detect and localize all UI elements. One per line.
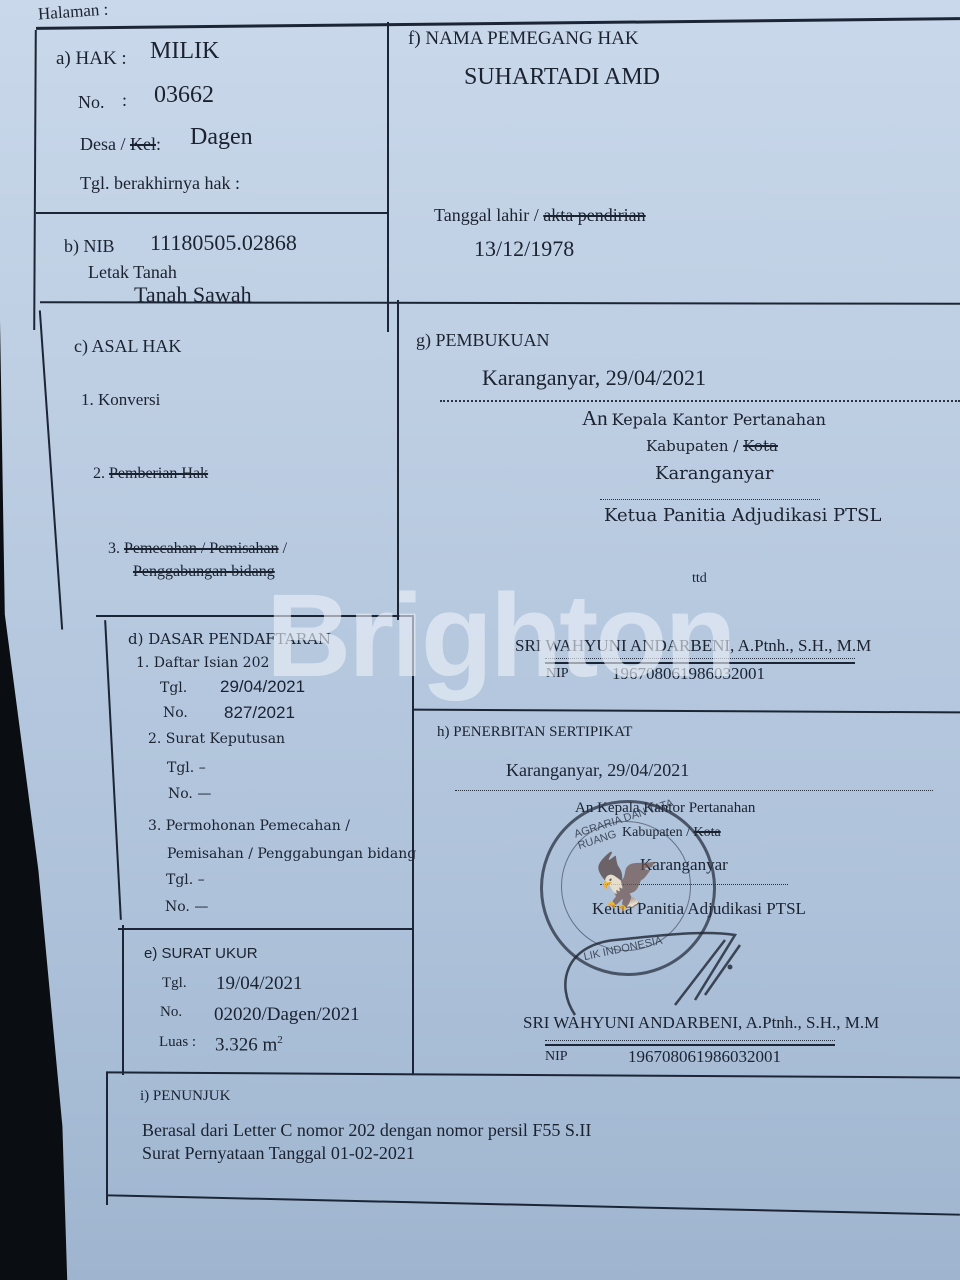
daftar-isian-label: 1. Daftar Isian 202	[136, 655, 269, 671]
desa-label: Desa / Kel:	[80, 134, 161, 155]
hak-number: 03662	[154, 82, 214, 109]
an-prefix: An	[582, 406, 608, 430]
penerbitan-signer-rule	[545, 1044, 835, 1046]
left-border-mid	[39, 310, 63, 629]
pembukuan-signer: SRI WAHYUNI ANDARBENI, A.Ptnh., S.H., M.…	[515, 636, 871, 656]
luas-label: Luas :	[159, 1034, 196, 1051]
dasar-pendaftaran-title: d) DASAR PENDAFTARAN	[128, 630, 331, 648]
asal-hak-item-3: 3. Pemecahan / Pemisahan /	[108, 540, 287, 558]
penerbitan-nip-value: 196708061986032001	[628, 1047, 781, 1067]
divider-d-e	[118, 928, 414, 930]
land-certificate-form: Halaman : a) HAK : MILIK No. : 03662 Des…	[0, 0, 960, 1280]
nama-pemegang-title: f) NAMA PEMEGANG HAK	[408, 28, 639, 50]
permohonan-label-2: Pemisahan / Penggabungan bidang	[167, 846, 416, 862]
surat-ukur-title: e) SURAT UKUR	[144, 945, 258, 962]
kota-struck: Kota	[743, 437, 778, 455]
no-label: No.	[78, 92, 105, 113]
asal-hak-item-3-cont: Penggabungan bidang	[133, 563, 275, 581]
akta-pendirian-struck: akta pendirian	[543, 205, 645, 225]
item-number: 3.	[108, 540, 120, 557]
pembukuan-ttd: ttd	[692, 571, 707, 587]
daftar-isian-tgl-value: 29/04/2021	[220, 677, 305, 697]
surat-ukur-no-label: No.	[160, 1004, 182, 1021]
item-suffix: /	[279, 540, 287, 557]
tgl-value: –	[199, 760, 206, 776]
divider-c-d	[96, 615, 412, 617]
pembukuan-title: g) PEMBUKUAN	[416, 330, 550, 351]
item-number: 1.	[81, 390, 94, 409]
divider-e-i	[106, 1071, 960, 1078]
desa-separator: :	[156, 134, 161, 154]
penunjuk-line-2: Surat Pernyataan Tanggal 01-02-2021	[142, 1143, 415, 1164]
pembukuan-place-date: Karanganyar, 29/04/2021	[482, 365, 706, 391]
item-text-struck: Pemberian Hak	[109, 465, 208, 482]
kabupaten-text: Kabupaten /	[646, 437, 738, 455]
hak-label: a) HAK :	[56, 48, 127, 70]
letak-tanah-label: Letak Tanah	[88, 262, 177, 283]
asal-hak-item-1: 1. Konversi	[81, 390, 160, 410]
pembukuan-office-line2: Kabupaten / Kota	[646, 437, 778, 455]
left-border-d	[104, 620, 122, 920]
bottom-border	[106, 1194, 960, 1215]
handwritten-signature-icon	[555, 905, 765, 1025]
surat-ukur-tgl-label: Tgl.	[162, 975, 187, 992]
no-label: No.	[165, 899, 190, 915]
pembukuan-role: Ketua Panitia Adjudikasi PTSL	[604, 505, 881, 526]
daftar-isian-no-value: 827/2021	[224, 703, 295, 723]
penerbitan-place-date: Karanganyar, 29/04/2021	[506, 760, 689, 781]
daftar-isian-no-label: No.	[163, 705, 188, 721]
surat-ukur-no-value: 02020/Dagen/2021	[214, 1004, 360, 1026]
nama-pemegang-value: SUHARTADI AMD	[464, 64, 660, 91]
asal-hak-item-2: 2. Pemberian Hak	[93, 465, 208, 483]
pembukuan-nip-label: NIP	[546, 666, 569, 682]
kel-struck-text: Kel	[130, 134, 156, 154]
left-border-top	[33, 30, 37, 330]
surat-ukur-tgl-value: 19/04/2021	[216, 973, 303, 995]
pembukuan-signer-underline	[545, 658, 855, 659]
permohonan-tgl: Tgl. –	[166, 872, 205, 888]
no-value: —	[197, 786, 211, 802]
item-number: 2.	[93, 465, 105, 482]
tgl-label: Tgl.	[167, 760, 194, 776]
left-border-i	[106, 1072, 108, 1205]
penerbitan-title: h) PENERBITAN SERTIPIKAT	[437, 724, 632, 741]
tanggal-lahir-text: Tanggal lahir /	[434, 205, 539, 225]
hak-value: MILIK	[150, 38, 219, 65]
pembukuan-dotted-line	[440, 400, 960, 402]
nib-value: 11180505.02868	[150, 230, 297, 256]
letak-tanah-value: Tanah Sawah	[134, 282, 252, 308]
no-value: —	[194, 899, 208, 915]
pembukuan-nip-value: 196708061986032001	[612, 664, 765, 684]
divider-a-b	[36, 212, 388, 214]
luas-unit-superscript: 2	[277, 1034, 283, 1046]
column-divider-1	[387, 22, 389, 332]
pembukuan-office-line3: Karanganyar	[655, 463, 773, 484]
page-label: Halaman :	[37, 0, 109, 24]
pembukuan-dotted-line-2	[600, 499, 820, 500]
no-label: No.	[168, 786, 193, 802]
permohonan-label-1: 3. Permohonan Pemecahan /	[148, 818, 350, 834]
divider-g-h	[413, 709, 960, 714]
surat-keputusan-tgl: Tgl. –	[167, 760, 206, 776]
nib-label: b) NIB	[64, 236, 115, 257]
column-divider-3	[412, 615, 414, 1075]
penunjuk-title: i) PENUNJUK	[140, 1088, 230, 1105]
left-border-e	[122, 925, 124, 1075]
permohonan-no: No. —	[165, 899, 208, 915]
item-text-struck: Pemecahan / Pemisahan	[124, 540, 279, 557]
daftar-isian-tgl-label: Tgl.	[160, 680, 187, 696]
tanggal-lahir-label: Tanggal lahir / akta pendirian	[434, 205, 646, 226]
no-separator: :	[122, 90, 127, 111]
item-text-struck: Penggabungan bidang	[133, 563, 275, 580]
item-text: Konversi	[98, 390, 160, 409]
luas-value: 3.326 m2	[215, 1034, 283, 1056]
tgl-value: –	[198, 872, 205, 888]
penerbitan-nip-label: NIP	[545, 1049, 568, 1065]
tgl-berakhir-label: Tgl. berakhirnya hak :	[80, 173, 240, 194]
surat-keputusan-no: No. —	[168, 786, 211, 802]
column-divider-2	[397, 300, 399, 620]
desa-value: Dagen	[190, 124, 253, 151]
tanggal-lahir-value: 13/12/1978	[474, 236, 574, 262]
asal-hak-title: c) ASAL HAK	[74, 336, 181, 357]
tgl-label: Tgl.	[166, 872, 193, 888]
desa-text: Desa /	[80, 134, 125, 154]
surat-keputusan-label: 2. Surat Keputusan	[148, 731, 285, 747]
penerbitan-signer-underline	[545, 1040, 835, 1041]
penunjuk-line-1: Berasal dari Letter C nomor 202 dengan n…	[142, 1120, 591, 1141]
pembukuan-office-line1: An Kepala Kantor Pertanahan	[582, 406, 826, 431]
luas-number: 3.326 m	[215, 1034, 277, 1055]
office-name: Kepala Kantor Pertanahan	[612, 410, 826, 429]
